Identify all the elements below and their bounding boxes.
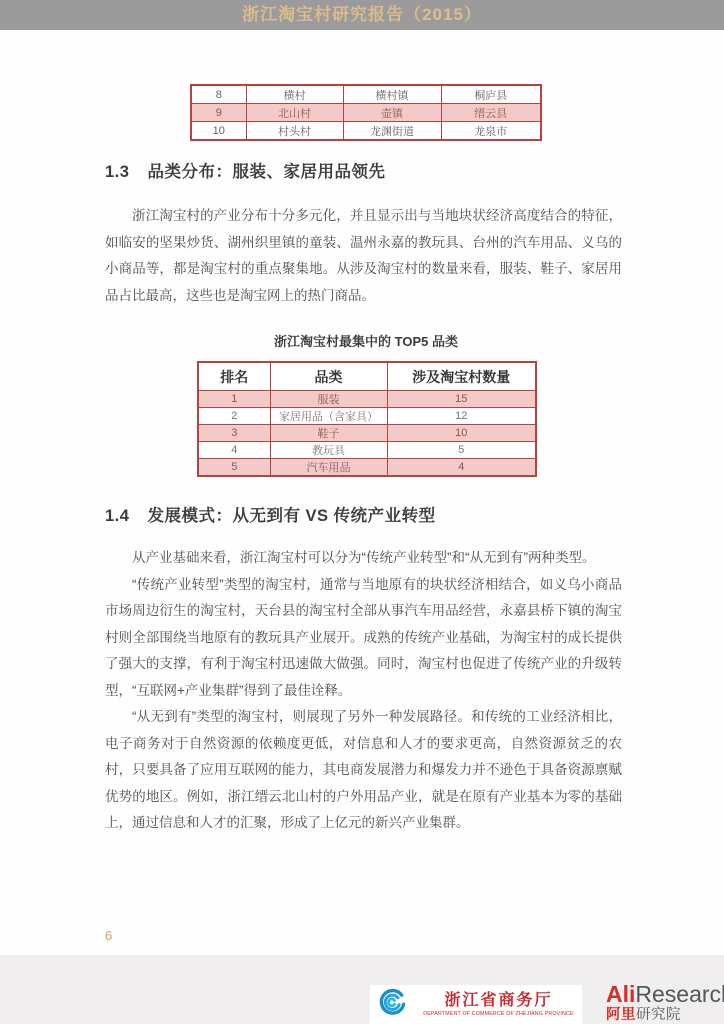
report-title: 浙江淘宝村研究报告（2015）: [0, 0, 724, 30]
rank-cell: 3: [198, 425, 270, 442]
county-cell: 缙云县: [441, 104, 541, 122]
count-cell: 5: [387, 442, 536, 459]
town-cell: 壶镇: [343, 104, 441, 122]
page-header-band: 浙江淘宝村研究报告（2015）: [0, 0, 724, 30]
village-cell: 北山村: [246, 104, 343, 122]
section-1-3-body: 浙江淘宝村的产业分布十分多元化，并且显示出与当地块状经济高度结合的特征，如临安的…: [105, 203, 622, 309]
village-ranking-table: 8 横村 横村镇 桐庐县 9 北山村 壶镇 缙云县 10 村头村 龙渊街道 龙泉…: [190, 84, 542, 141]
category-cell: 服装: [270, 391, 387, 408]
header-rank: 排名: [198, 362, 270, 391]
count-cell: 10: [387, 425, 536, 442]
header-category: 品类: [270, 362, 387, 391]
paragraph: 从产业基础来看，浙江淘宝村可以分为“传统产业转型”和“从无到有”两种类型。: [105, 545, 622, 572]
aliresearch-logo: AliResearch 阿里研究院: [606, 982, 724, 1023]
aliresearch-wordmark: AliResearch: [606, 982, 724, 1006]
aliresearch-cn-institute: 研究院: [636, 1007, 681, 1023]
page-footer: 浙江省商务厅 DEPARTMENT OF COMMERCE OF ZHEJIAN…: [0, 955, 724, 1024]
section-number: 1.3: [105, 163, 129, 181]
zhejiang-commerce-text: 浙江省商务厅 DEPARTMENT OF COMMERCE OF ZHEJIAN…: [413, 992, 584, 1018]
table-row: 5 汽车用品 4: [198, 459, 536, 477]
paragraph: “传统产业转型”类型的淘宝村，通常与当地原有的块状经济相结合，如义乌小商品市场周…: [105, 572, 622, 705]
count-cell: 12: [387, 408, 536, 425]
section-number: 1.4: [105, 507, 129, 525]
zhejiang-commerce-swirl-icon: [377, 987, 407, 1022]
category-cell: 家居用品（含家具）: [270, 408, 387, 425]
section-1-3-heading: 1.3品类分布：服装、家居用品领先: [105, 158, 385, 182]
table-row: 3 鞋子 10: [198, 425, 536, 442]
zhejiang-commerce-name-cn: 浙江省商务厅: [444, 992, 552, 1010]
town-cell: 龙渊街道: [343, 122, 441, 141]
category-cell: 教玩具: [270, 442, 387, 459]
rank-cell: 4: [198, 442, 270, 459]
count-cell: 4: [387, 459, 536, 477]
rank-cell: 10: [191, 122, 246, 141]
aliresearch-cn-ali: 阿里: [606, 1007, 636, 1023]
rank-cell: 2: [198, 408, 270, 425]
paragraph: 浙江淘宝村的产业分布十分多元化，并且显示出与当地块状经济高度结合的特征，如临安的…: [105, 203, 622, 309]
county-cell: 龙泉市: [441, 122, 541, 141]
count-cell: 15: [387, 391, 536, 408]
section-1-4-heading: 1.4发展模式：从无到有 VS 传统产业转型: [105, 502, 436, 526]
zhejiang-commerce-name-en: DEPARTMENT OF COMMERCE OF ZHEJIANG PROVI…: [423, 1010, 573, 1017]
county-cell: 桐庐县: [441, 85, 541, 104]
category-cell: 鞋子: [270, 425, 387, 442]
rank-cell: 5: [198, 459, 270, 477]
town-cell: 横村镇: [343, 85, 441, 104]
table-row: 10 村头村 龙渊街道 龙泉市: [191, 122, 541, 141]
report-page: 浙江淘宝村研究报告（2015） 8 横村 横村镇 桐庐县 9 北山村 壶镇 缙云…: [0, 0, 724, 1024]
rank-cell: 1: [198, 391, 270, 408]
village-cell: 村头村: [246, 122, 343, 141]
zhejiang-commerce-logo: 浙江省商务厅 DEPARTMENT OF COMMERCE OF ZHEJIAN…: [370, 985, 582, 1024]
rank-cell: 8: [191, 85, 246, 104]
page-number: 6: [105, 928, 112, 943]
table-row: 1 服装 15: [198, 391, 536, 408]
section-title: 品类分布：服装、家居用品领先: [147, 163, 385, 181]
header-count: 涉及淘宝村数量: [387, 362, 536, 391]
paragraph: “从无到有”类型的淘宝村，则展现了另外一种发展路径。和传统的工业经济相比，电子商…: [105, 704, 622, 837]
table-row: 8 横村 横村镇 桐庐县: [191, 85, 541, 104]
top5-table-caption: 浙江淘宝村最集中的 TOP5 品类: [197, 331, 535, 350]
aliresearch-wordmark-research: Research: [635, 981, 724, 1007]
aliresearch-cn-name: 阿里研究院: [606, 1007, 724, 1023]
table-row: 9 北山村 壶镇 缙云县: [191, 104, 541, 122]
category-cell: 汽车用品: [270, 459, 387, 477]
table-row: 2 家居用品（含家具） 12: [198, 408, 536, 425]
section-title: 发展模式：从无到有 VS 传统产业转型: [147, 507, 435, 525]
village-cell: 横村: [246, 85, 343, 104]
rank-cell: 9: [191, 104, 246, 122]
aliresearch-wordmark-ali: Ali: [606, 981, 635, 1007]
table-row: 4 教玩具 5: [198, 442, 536, 459]
top5-category-table: 排名 品类 涉及淘宝村数量 1 服装 15 2 家居用品（含家具） 12 3 鞋…: [197, 361, 537, 477]
section-1-4-body: 从产业基础来看，浙江淘宝村可以分为“传统产业转型”和“从无到有”两种类型。 “传…: [105, 545, 622, 837]
table-header-row: 排名 品类 涉及淘宝村数量: [198, 362, 536, 391]
